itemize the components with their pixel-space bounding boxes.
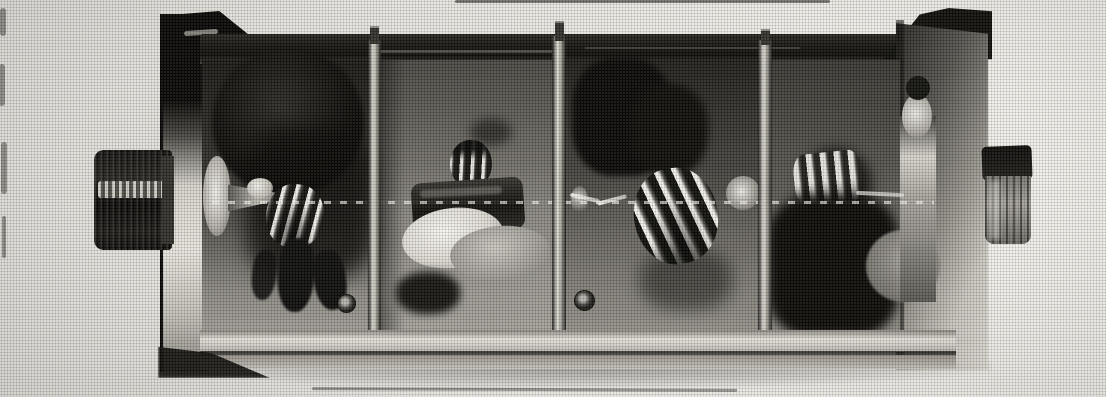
solder-joint — [571, 186, 588, 214]
terminal-standoff-cap — [906, 76, 930, 100]
left-coaxial-connector — [94, 150, 172, 250]
terminal-standoff — [900, 116, 936, 302]
dark-capacitor-mass — [630, 84, 708, 176]
partition-tab — [761, 29, 770, 45]
connector-bushing — [203, 156, 231, 236]
print-artifact-top-line — [455, 0, 830, 3]
print-artifact-edge-mark — [2, 216, 6, 258]
compartment-2-dark-blob — [396, 272, 460, 314]
shield-partition-3 — [758, 40, 772, 332]
left-connector-knurled-band — [98, 181, 166, 198]
photo-canvas — [0, 0, 1106, 397]
interconnect-bus-wire — [212, 201, 934, 204]
shield-partition-2 — [552, 36, 566, 332]
solder-joint — [247, 178, 273, 198]
bottom-screw-left — [337, 294, 356, 313]
partition-tab — [555, 21, 564, 41]
solder-joint-at-partition — [726, 176, 760, 210]
chassis-bottom-rim — [200, 330, 956, 352]
right-connector-highlight — [990, 181, 1000, 239]
shield-partition-1 — [368, 40, 381, 332]
top-rim-highlight — [372, 50, 562, 53]
partition-tab — [370, 26, 379, 44]
bottom-screw-right — [574, 290, 595, 311]
print-artifact-edge-mark — [1, 142, 7, 194]
terminal-standoff-highlight — [902, 94, 932, 138]
print-artifact-edge-mark — [0, 64, 5, 106]
print-artifact-edge-mark — [0, 8, 6, 36]
coil-cast-shadow — [640, 250, 732, 310]
chassis-bottom-lip — [200, 355, 956, 369]
left-connector-collar — [162, 156, 174, 244]
